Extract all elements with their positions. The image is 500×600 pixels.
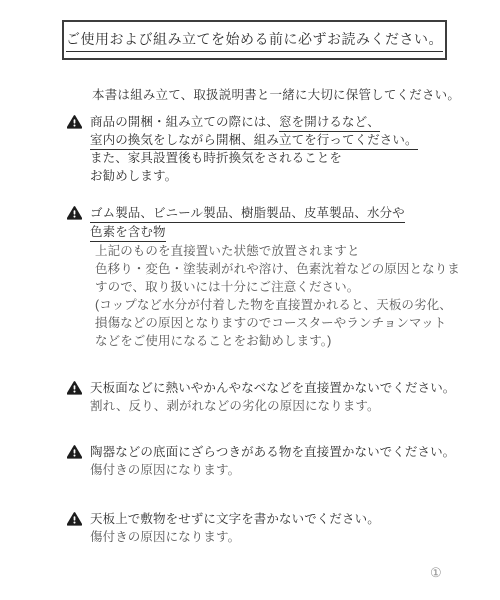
- warning-text-line: 傷付きの原因になります。: [90, 461, 455, 479]
- title-box: ご使用および組み立てを始める前に必ずお読みください。: [62, 20, 447, 60]
- warning-text-line: すので、取り扱いには十分にご注意ください。: [95, 278, 460, 296]
- manual-page: ご使用および組み立てを始める前に必ずお読みください。 本書は組み立て、取扱説明書…: [0, 0, 500, 600]
- warning-text-underlined: 色素を含む物: [90, 225, 166, 242]
- warning-text-line: 商品の開梱・組み立ての際には、窓を開けるなど、: [90, 113, 418, 131]
- warning-text-line: (コップなど水分が付着した物を直接置かれると、天板の劣化、: [95, 296, 460, 314]
- warning-heading-line: 天板面などに熱いやかんやなべなどを直接置かないでください。: [90, 379, 455, 397]
- warning-text-line: 傷付きの原因になります。: [90, 528, 380, 546]
- warning-triangle-icon: [67, 445, 82, 459]
- warning-text-line: 上記のものを直接置いた状態で放置されますと: [95, 242, 460, 260]
- warning-writing: 天板上で敷物をせずに文字を書かないでください。 傷付きの原因になります。: [67, 510, 380, 546]
- warning-triangle-icon: [67, 115, 82, 129]
- warning-heading-line: 色素を含む物: [90, 223, 460, 242]
- warning-triangle-icon: [67, 206, 82, 220]
- warning-pottery: 陶器などの底面にざらつきがある物を直接置かないでください。 傷付きの原因になりま…: [67, 443, 455, 479]
- warning-heading-line: ゴム製品、ビニール製品、樹脂製品、皮革製品、水分や: [90, 204, 460, 223]
- warning-text-underlined: 窓を開けるなど、: [279, 115, 380, 132]
- warning-ventilation: 商品の開梱・組み立ての際には、窓を開けるなど、 室内の換気をしながら開梱、組み立…: [67, 113, 418, 185]
- warning-materials: ゴム製品、ビニール製品、樹脂製品、皮革製品、水分や 色素を含む物 上記のものを直…: [67, 204, 460, 350]
- warning-triangle-icon: [67, 381, 82, 395]
- storage-note: 本書は組み立て、取扱説明書と一緒に大切に保管してください。: [92, 85, 460, 103]
- warning-text-line: 損傷などの原因となりますのでコースターやランチョンマット: [95, 314, 460, 332]
- warning-text-underlined: ゴム製品、ビニール製品、樹脂製品、皮革製品、水分や: [90, 206, 405, 223]
- warning-heading-line: 陶器などの底面にざらつきがある物を直接置かないでください。: [90, 443, 455, 461]
- warning-hot-items: 天板面などに熱いやかんやなべなどを直接置かないでください。 割れ、反り、剥がれな…: [67, 379, 455, 415]
- warning-body: 上記のものを直接置いた状態で放置されますと 色移り・変色・塗装剥がれや溶け、色素…: [95, 242, 460, 350]
- warning-text-line: などをご使用になることをお勧めします。): [95, 332, 460, 350]
- warning-text-line: お勧めします。: [90, 167, 418, 185]
- warning-text: 商品の開梱・組み立ての際には、: [90, 115, 279, 129]
- warning-text-line: 室内の換気をしながら開梱、組み立てを行ってください。: [90, 131, 418, 149]
- warning-heading-line: 天板上で敷物をせずに文字を書かないでください。: [90, 510, 380, 528]
- warning-text-line: 色移り・変色・塗装剥がれや溶け、色素沈着などの原因となりま: [95, 260, 460, 278]
- warning-triangle-icon: [67, 512, 82, 526]
- warning-text-line: 割れ、反り、剥がれなどの劣化の原因になります。: [90, 397, 455, 415]
- warning-text-line: また、家具設置後も時折換気をされることを: [90, 149, 418, 167]
- page-title: ご使用および組み立てを始める前に必ずお読みください。: [66, 29, 443, 52]
- page-number: ①: [430, 565, 442, 581]
- warning-text-underlined: 室内の換気をしながら開梱、組み立てを行ってください。: [90, 133, 418, 150]
